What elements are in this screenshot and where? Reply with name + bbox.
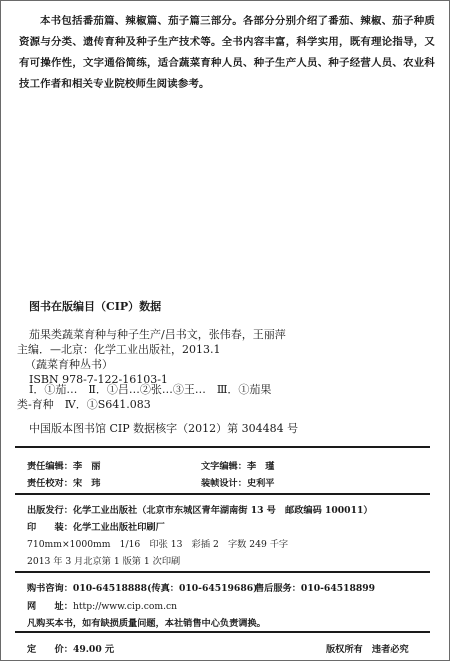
designer-name: 史利平 <box>247 478 275 489</box>
edition-line: 2013 年 3 月北京第 1 版第 1 次印刷 <box>27 553 180 567</box>
cip-classification-2: 类-育种 Ⅳ．①S641.083 <box>17 397 151 412</box>
text-editor: 文字编辑：李 瑾 <box>201 458 275 472</box>
cip-line-title: 茄果类蔬菜育种与种子生产/吕书文，张伟春，王丽萍 <box>29 327 286 342</box>
cip-line-publisher: 主编．—北京：化学工业出版社，2013.1 <box>17 342 221 357</box>
text-editor-label: 文字编辑： <box>201 461 247 472</box>
responsible-editor-label: 责任编辑： <box>27 461 73 472</box>
return-notice: 凡购买本书，如有缺损质量问题，本社销售中心负责调换。 <box>27 615 266 629</box>
divider <box>15 571 430 573</box>
proofreader-label: 责任校对： <box>27 478 73 489</box>
divider <box>15 631 430 633</box>
website-label: 网 址： <box>27 601 73 612</box>
designer-label: 装帧设计： <box>201 478 247 489</box>
price-value: 49.00 元 <box>73 644 114 655</box>
responsible-editor: 责任编辑：李 丽 <box>27 458 101 472</box>
after-sales-contact: 售后服务：010-64518899 <box>255 580 375 594</box>
price-line: 定 价：49.00 元 <box>27 641 114 655</box>
purchase-contact: 购书咨询：010-64518888(传真：010-64519686) <box>27 580 257 594</box>
copyright-notice: 版权所有 违者必究 <box>326 641 409 655</box>
publisher-line: 出版发行：化学工业出版社（北京市东城区青年湖南街 13 号 邮政编码 10001… <box>27 502 373 516</box>
cip-line-series: （蔬菜育种丛书） <box>25 357 113 372</box>
cip-classification-1: Ⅰ．①茄… Ⅱ．①吕…②张…③王… Ⅲ．①茄果 <box>29 382 271 397</box>
website-link[interactable]: http://www.cip.com.cn <box>73 601 177 612</box>
website-line: 网 址：http://www.cip.com.cn <box>27 598 177 612</box>
designer: 装帧设计：史利平 <box>201 475 275 489</box>
price-label: 定 价： <box>27 644 73 655</box>
cip-heading: 图书在版编目（CIP）数据 <box>29 298 161 314</box>
proofreader: 责任校对：宋 玮 <box>27 475 101 489</box>
cip-record-number: 中国版本图书馆 CIP 数据核字（2012）第 304484 号 <box>29 421 298 436</box>
format-line: 710mm×1000mm 1/16 印张 13 彩插 2 字数 249 千字 <box>27 536 288 550</box>
copyright-page: 本书包括番茄篇、辣椒篇、茄子篇三部分。各部分分别介绍了番茄、辣椒、茄子种质资源与… <box>0 0 450 661</box>
printer-line: 印 装：化学工业出版社印刷厂 <box>27 519 165 533</box>
book-description: 本书包括番茄篇、辣椒篇、茄子篇三部分。各部分分别介绍了番茄、辣椒、茄子种质资源与… <box>19 11 435 95</box>
divider <box>15 446 430 448</box>
divider <box>15 493 430 495</box>
proofreader-name: 宋 玮 <box>73 478 101 489</box>
text-editor-name: 李 瑾 <box>247 461 275 472</box>
responsible-editor-name: 李 丽 <box>73 461 101 472</box>
